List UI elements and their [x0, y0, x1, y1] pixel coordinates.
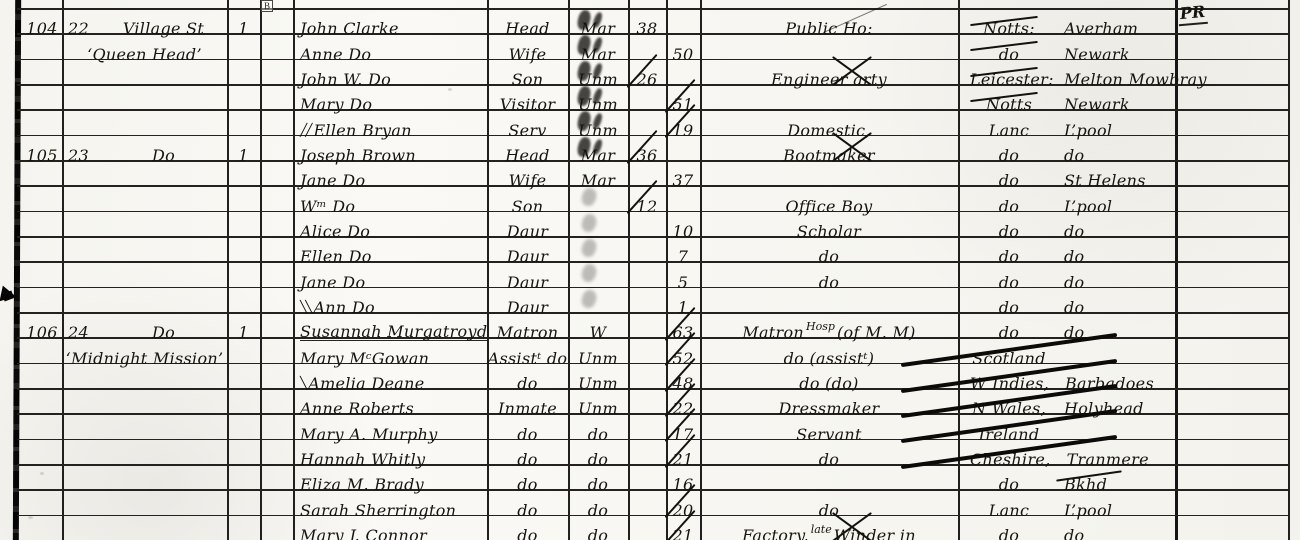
ink-smudge	[580, 263, 599, 284]
name-cell: Mary Do	[293, 84, 494, 109]
relation-cell: Visitor	[487, 84, 568, 109]
condition-cell: do	[568, 464, 628, 489]
relation-cell: do	[487, 489, 568, 514]
name-cell: Joseph Brown	[293, 135, 494, 160]
inhabited-mark-cell: 1	[227, 135, 260, 160]
birthplace-cell: dodo	[958, 211, 1187, 236]
condition-cell: W	[568, 312, 628, 337]
name-cell: Mary A. Murphy	[293, 413, 494, 438]
birthplace-cell: dodo	[958, 287, 1187, 312]
age-female-cell: 10	[666, 211, 700, 236]
occupation-cell: do	[700, 261, 958, 286]
occupation-cell: do	[700, 236, 958, 261]
occupation-cell: do	[700, 489, 958, 514]
schedule-number-cell: 106	[22, 312, 62, 337]
occupation-cell: do (assistᵗ)	[700, 337, 958, 362]
age-male-cell: 38	[628, 8, 666, 33]
occupation-text: Bootmaker	[783, 148, 875, 164]
name-cell: ╲Amelia Deane	[293, 363, 494, 388]
column-header-b-stamp: B	[261, 0, 273, 12]
occupation-text: do	[819, 452, 839, 468]
schedule-number-cell-text: 106	[26, 325, 57, 341]
relation-cell: Head	[487, 8, 568, 33]
name-cell: John W. Do	[293, 59, 494, 84]
birth-place-text: do	[1064, 528, 1084, 540]
relation-cell: Wife	[487, 160, 568, 185]
name-cell: Hannah Whitly	[293, 439, 494, 464]
inhabited-mark-cell-text: 1	[238, 21, 248, 37]
paper-speck	[40, 472, 44, 475]
occupation-cell: Engineer arty	[700, 59, 958, 84]
age-female-cell: 5	[666, 261, 700, 286]
age-female-cell: 50	[666, 33, 700, 58]
birthplace-cell: dodo	[958, 515, 1187, 540]
street-name-text: ‘Midnight Mission’	[62, 351, 227, 367]
name-cell: Eliza M. Brady	[293, 464, 494, 489]
name-cell: Sarah Sherrington	[293, 489, 494, 514]
birthplace-cell: dodo	[958, 261, 1187, 286]
occupation-cell: Servant	[700, 413, 958, 438]
relation-cell: Daur	[487, 211, 568, 236]
relation-cell: do	[487, 515, 568, 540]
name-cell: Jane Do	[293, 261, 494, 286]
street-name-text: ‘Queen Head’	[62, 47, 227, 63]
relation-cell: Daur	[487, 261, 568, 286]
address-cell: ‘Queen Head’	[62, 33, 227, 58]
name-cell: Jane Do	[293, 160, 494, 185]
schedule-number-cell-text: 105	[26, 148, 57, 164]
age-female-cell: 7	[666, 236, 700, 261]
paper-speck	[28, 516, 33, 519]
house-number-text: 23	[62, 148, 100, 164]
birthplace-cell: dodo	[958, 135, 1187, 160]
relation-cell: do	[487, 363, 568, 388]
address-cell: ‘Midnight Mission’	[62, 337, 227, 362]
grid-vline	[227, 0, 229, 540]
name-cell: Anne Do	[293, 33, 494, 58]
street-name-text: Do	[100, 148, 227, 164]
relation-cell: Matron	[487, 312, 568, 337]
inhabited-mark-cell: 1	[227, 8, 260, 33]
condition-cell: Unm	[568, 337, 628, 362]
relation-cell: Serv	[487, 109, 568, 134]
occupation-cell: Bootmaker	[700, 135, 958, 160]
occupation-cell: do (do)	[700, 363, 958, 388]
birthplace-cell: LancL’pool	[958, 489, 1187, 514]
birthplace-cell: doSt Helens	[958, 160, 1187, 185]
inhabited-mark-cell-text: 1	[238, 148, 248, 164]
ink-smudge	[580, 237, 599, 258]
address-cell: 23Do	[62, 135, 227, 160]
pr-marginal-note: PR	[1177, 2, 1208, 26]
condition-cell-text: do	[588, 528, 608, 540]
relation-cell: do	[487, 439, 568, 464]
schedule-number-cell-text: 104	[26, 21, 57, 37]
address-cell: 22Village St	[62, 8, 227, 33]
occupation-cell: MatronHosp(of M. M)	[700, 312, 958, 337]
birthplace-cell: dodo	[958, 236, 1187, 261]
occupation-text: Factory,	[742, 528, 809, 540]
occupation-cell: Office Boy	[700, 185, 958, 210]
inserted-word-text: Hosp	[806, 321, 835, 332]
relation-cell: do	[487, 413, 568, 438]
inhabited-mark-cell: 1	[227, 312, 260, 337]
relation-cell: Assistᵗ do	[487, 337, 568, 362]
relation-cell: Wife	[487, 33, 568, 58]
relation-cell: Daur	[487, 236, 568, 261]
name-cell: ╲╲Ann Do	[293, 287, 494, 312]
grid-vline	[260, 0, 262, 540]
grid-vline	[1288, 0, 1290, 540]
name-cell: Wᵐ Do	[293, 185, 494, 210]
occupation-cell: Scholar	[700, 211, 958, 236]
birth-county-text: do	[970, 528, 1048, 540]
condition-cell: do	[568, 413, 628, 438]
ink-smudge	[580, 288, 599, 309]
inhabited-mark-cell-text: 1	[238, 325, 248, 341]
name-cell: Mary J. Connor	[293, 515, 494, 540]
occupation-cell: Dressmaker	[700, 388, 958, 413]
name-cell: John Clarke	[293, 8, 494, 33]
schedule-number-cell: 104	[22, 8, 62, 33]
occupation-text: do	[819, 275, 839, 291]
age-female-cell: 37	[666, 160, 700, 185]
relation-cell: do	[487, 464, 568, 489]
condition-cell: Unm	[568, 388, 628, 413]
name-cell: Susannah Murgatroyd	[293, 312, 494, 337]
occupation-cell: do	[700, 439, 958, 464]
age-female-cell-text: 37	[673, 173, 694, 189]
census-sheet: 10422Village St1John ClarkeHeadMar38Publ…	[0, 0, 1300, 540]
ink-smudge	[580, 212, 599, 233]
name-cell: ╱╱Ellen Bryan	[293, 109, 494, 134]
relation-cell: Head	[487, 135, 568, 160]
relation-cell: Daur	[487, 287, 568, 312]
birthplace-cell: doL’pool	[958, 185, 1187, 210]
name-cell: Mary MᶜGowan	[293, 337, 494, 362]
occupation-cell: Factory,lateWinder in	[700, 515, 958, 540]
name-cell: Anne Roberts	[293, 388, 494, 413]
relation-cell-text: do	[517, 528, 537, 540]
condition-cell: do	[568, 489, 628, 514]
age-male-cell-text: 38	[637, 21, 658, 37]
inserted-word-text: late	[811, 524, 832, 535]
occupation-cell: Domestic,	[700, 109, 958, 134]
name-cell: Alice Do	[293, 211, 494, 236]
address-cell: 24Do	[62, 312, 227, 337]
paper-speck	[448, 88, 452, 91]
age-male-cell-text: 12	[637, 199, 658, 215]
condition-cell: do	[568, 439, 628, 464]
birthplace-cell: LancL’pool	[958, 109, 1187, 134]
birthplace-cell: dodo	[958, 312, 1187, 337]
condition-cell: do	[568, 515, 628, 540]
condition-cell-text: Mar	[581, 173, 615, 189]
relation-cell: Son	[487, 185, 568, 210]
relation-cell: Inmate	[487, 388, 568, 413]
condition-cell: Unm	[568, 363, 628, 388]
person-name-text: Mary J. Connor	[300, 528, 427, 540]
condition-cell: Mar	[568, 160, 628, 185]
relation-cell: Son	[487, 59, 568, 84]
age-female-cell-text: 50	[673, 47, 694, 63]
page-edge-scan-artifact	[13, 0, 21, 540]
name-cell: Ellen Do	[293, 236, 494, 261]
grid-vline	[62, 0, 64, 540]
schedule-number-cell: 105	[22, 135, 62, 160]
